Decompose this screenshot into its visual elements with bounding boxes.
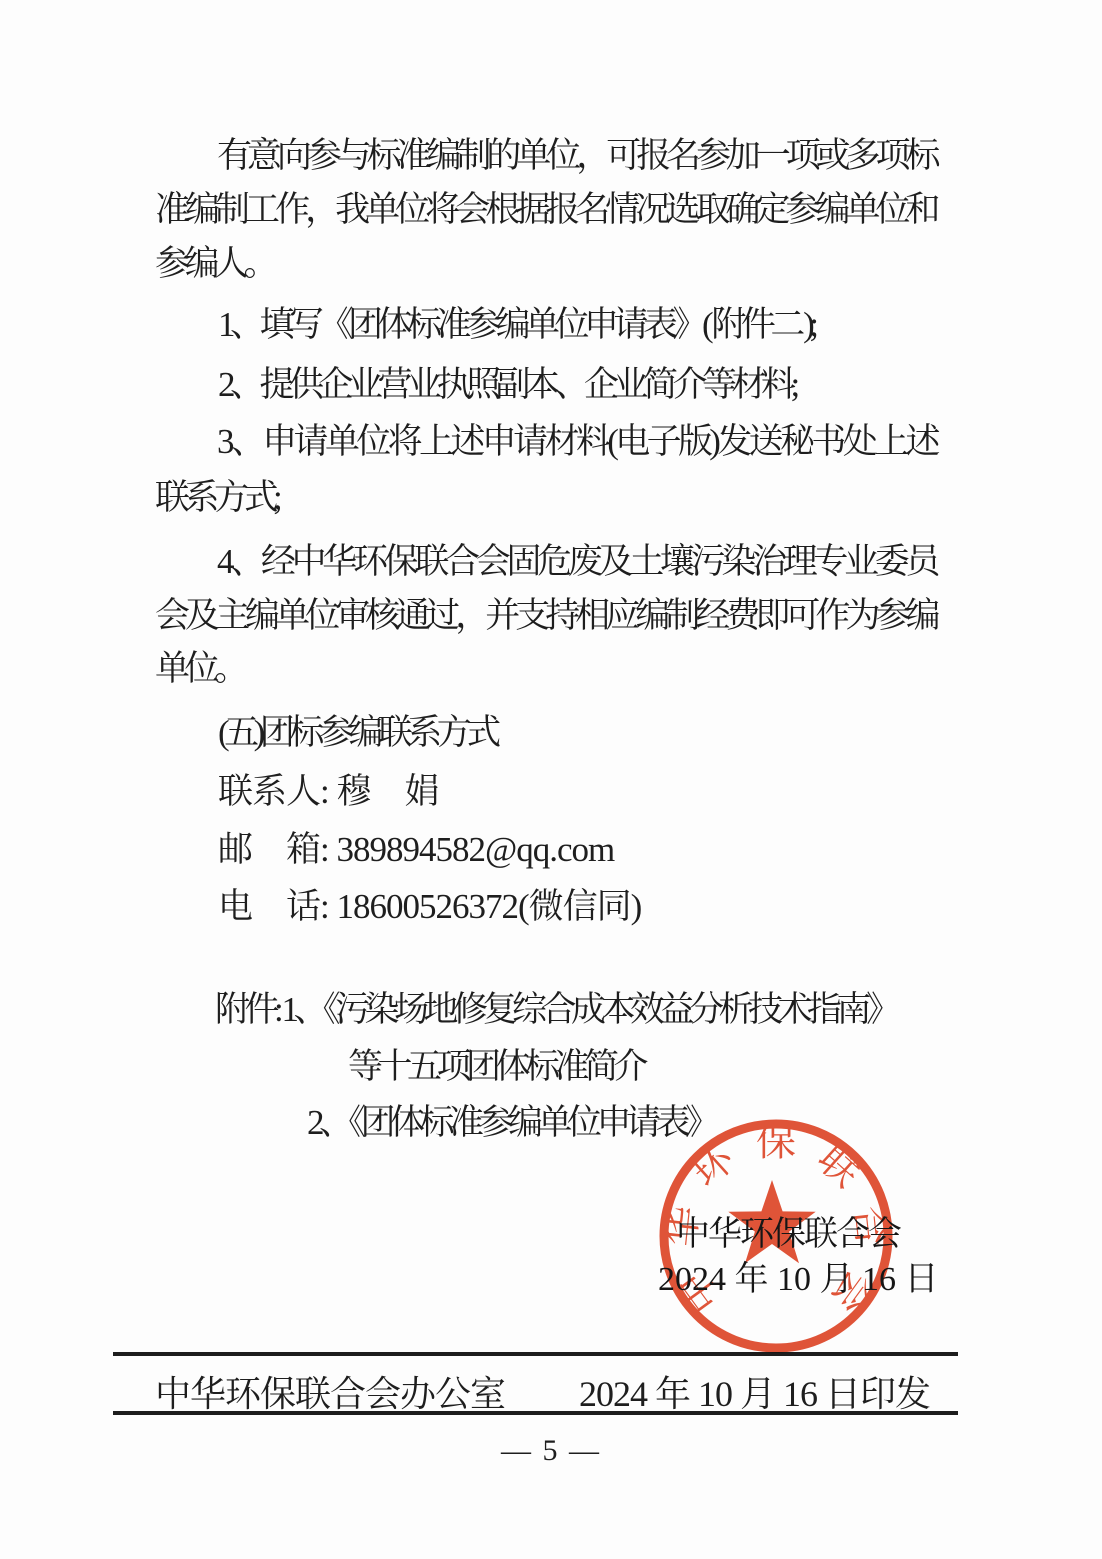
seal-char: 环 bbox=[683, 1135, 744, 1196]
list-item-1: 1、填写《团体标准参编单位申请表》( 附件二 ); bbox=[218, 304, 814, 346]
contact-phone: 电 话: 18600526372(微信同) bbox=[218, 886, 641, 928]
footer-office: 中华环保联合会办公室 bbox=[155, 1366, 505, 1417]
signature-org: 中华环保联合会 bbox=[676, 1206, 900, 1255]
document-page: 有意向参与标准编制的单位，可报名参加一项或多项标 准编制工作，我单位将会根据报名… bbox=[0, 0, 1102, 1559]
paragraph-line: 参编人。 bbox=[155, 243, 273, 285]
list-item-2: 2、提供企业营业执照副本、企业简介等材料; bbox=[218, 364, 795, 406]
contact-person: 联系人: 穆 娟 bbox=[218, 771, 438, 813]
footer-issue-date: 2024 年 10 月 16 日印发 bbox=[579, 1366, 930, 1417]
attachment-item-1-continuation: 等十五项团体标准简介 bbox=[348, 1046, 643, 1088]
list-item-3-continuation: 联系方式; bbox=[155, 477, 277, 519]
list-item-4: 4、经中华环保联合会固危废及土壤污染治理专业委员 bbox=[155, 541, 935, 583]
paragraph-line: 有意向参与标准编制的单位，可报名参加一项或多项标 bbox=[155, 135, 935, 177]
page-number: — 5 — bbox=[0, 1434, 1102, 1468]
list-item-4-continuation: 会及主编单位审核通过，并支持相应编制经费即可作为参编 bbox=[155, 595, 935, 637]
list-item-4-continuation: 单位。 bbox=[155, 648, 244, 690]
attachment-item-1: 附件: 1、《污染场地修复综合成本效益分析技术指南》 bbox=[215, 989, 895, 1031]
signature-date: 2024 年 10 月 16 日 bbox=[658, 1251, 939, 1300]
contact-email: 邮 箱: 389894582@qq.com bbox=[218, 829, 614, 871]
section-heading: (五)团标参编联系方式 bbox=[218, 712, 496, 754]
paragraph-line: 准编制工作，我单位将会根据报名情况选取确定参编单位和 bbox=[155, 189, 935, 231]
seal-char: 联 bbox=[809, 1136, 869, 1196]
list-item-3: 3、申请单位将上述申请材料(电子版)发送秘书处上述 bbox=[155, 421, 935, 463]
seal-char: 保 bbox=[756, 1119, 796, 1164]
